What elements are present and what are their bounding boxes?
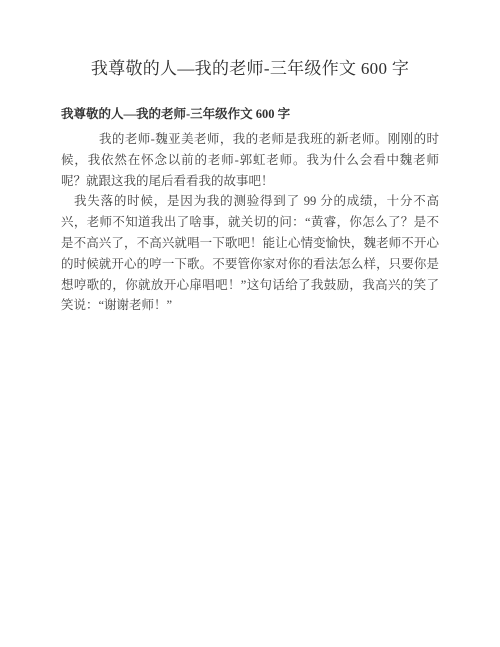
essay-paragraph: 我的老师-魏亚美老师，我的老师是我班的新老师。刚刚的时候，我依然在怀念以前的老师…	[61, 129, 439, 191]
essay-subtitle: 我尊敬的人—我的老师-三年级作文 600 字	[61, 104, 500, 122]
document-page: 我尊敬的人—我的老师-三年级作文 600 字 我尊敬的人—我的老师-三年级作文 …	[0, 0, 500, 647]
essay-title: 我尊敬的人—我的老师-三年级作文 600 字	[0, 0, 500, 79]
essay-body: 我的老师-魏亚美老师，我的老师是我班的新老师。刚刚的时候，我依然在怀念以前的老师…	[61, 129, 439, 316]
essay-paragraph: 我失落的时候，是因为我的测验得到了 99 分的成绩，十分不高兴，老师不知道我出了…	[61, 191, 439, 316]
